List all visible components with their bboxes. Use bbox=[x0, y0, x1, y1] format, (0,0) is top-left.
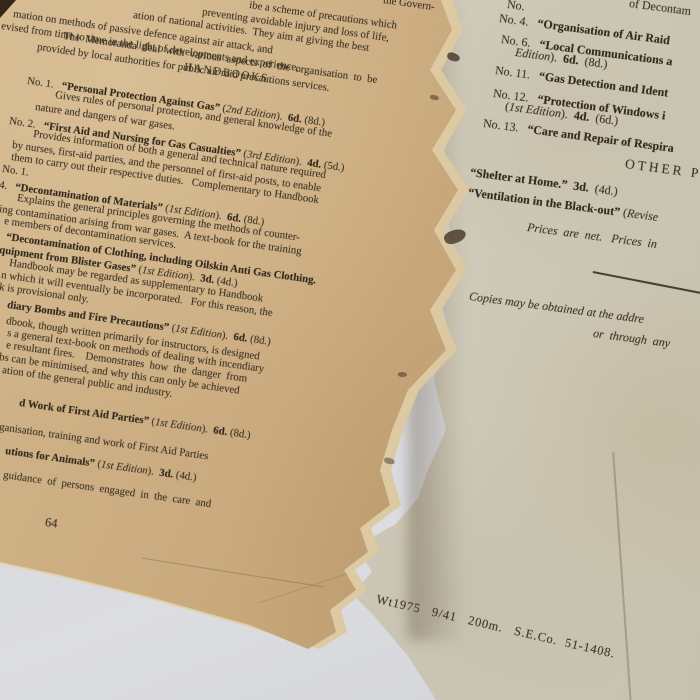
photo-of-open-booklet: No.of DecontamNo. 4. “Organisation of Ai… bbox=[0, 0, 700, 700]
torn-edge-shadow bbox=[398, 372, 407, 377]
text-line: No. bbox=[506, 0, 525, 12]
page-number: 64 bbox=[44, 516, 58, 530]
